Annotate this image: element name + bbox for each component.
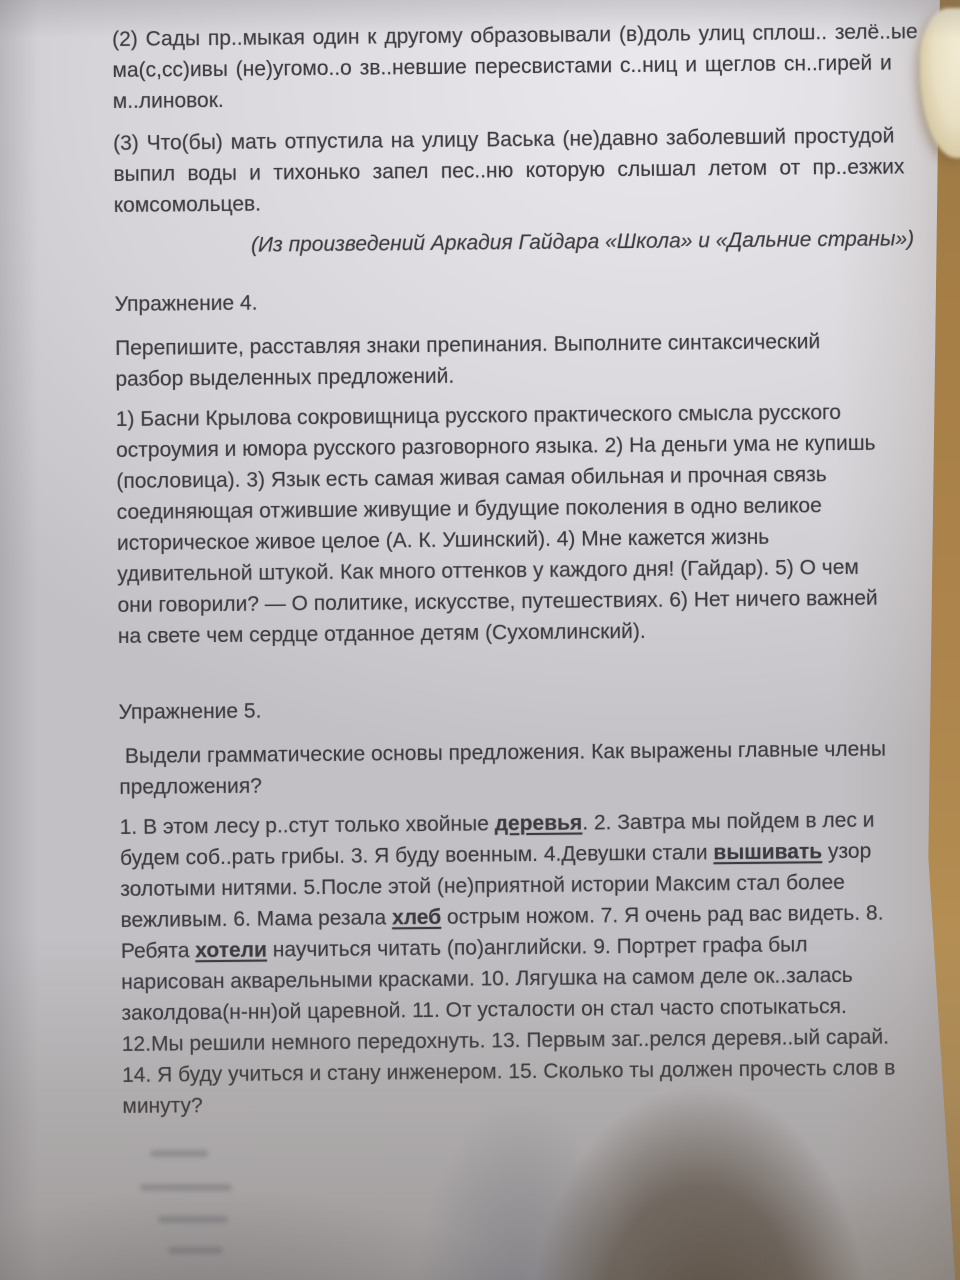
text-segment: нарисован акварельными красками. 10. Ляг…: [121, 964, 853, 994]
text-segment: м..линовок.: [113, 89, 224, 113]
source-attribution: (Из произведений Аркадия Гайдара «Школа»…: [114, 223, 914, 262]
text-line: Упражнение 4.: [115, 281, 915, 320]
text-line: разбор выделенных предложений.: [115, 356, 915, 395]
text-segment: минуту?: [122, 1094, 203, 1118]
exercise-4-heading: Упражнение 4.: [115, 281, 915, 320]
text-segment: комсомольцев.: [114, 193, 261, 217]
text-line: на свете чем сердце отданное детям (Сухо…: [118, 613, 918, 652]
text-segment: они говорили? — О политике, искусстве, п…: [117, 587, 877, 617]
text-segment: Перепишите, расставляя знаки препинания.…: [115, 330, 820, 360]
text-segment: острым ножом. 7. Я очень рад вас видеть.…: [441, 902, 884, 929]
text-line: (Из произведений Аркадия Гайдара «Школа»…: [114, 223, 914, 262]
paragraph-2: (2) Сады пр..мыкая один к другому образо…: [112, 16, 913, 117]
text-segment: заколдова(н-нн)ой царевной. 11. От устал…: [121, 995, 846, 1025]
text-segment: Ребята: [121, 939, 196, 963]
text-segment: 1) Басни Крылова сокровищница русского п…: [116, 401, 841, 431]
text-line: предложения?: [119, 764, 919, 803]
document-text: (2) Сады пр..мыкая один к другому образо…: [112, 16, 923, 1122]
underlined-word: хотели: [195, 939, 267, 963]
text-segment: Выдели грамматические основы предложения…: [119, 738, 886, 768]
exercise-5-sentences: 1. В этом лесу р..стут только хвойные де…: [120, 804, 923, 1122]
text-segment: предложения?: [119, 775, 262, 799]
text-line: Упражнение 5.: [118, 689, 918, 728]
exercise-5-heading: Упражнение 5.: [118, 689, 918, 728]
text-segment: . 2. Завтра мы пойдем в лес и: [582, 809, 874, 835]
text-segment: Упражнение 4.: [115, 292, 258, 316]
exercise-5-instruction: Выдели грамматические основы предложения…: [119, 733, 920, 803]
text-segment: выпил воды и тихонько запел пес..ню кото…: [113, 155, 904, 186]
underlined-word: вышивать: [713, 840, 822, 864]
bleed-mark: [140, 1184, 232, 1191]
text-segment: золотыми нитями. 5.После этой (не)приятн…: [120, 871, 845, 901]
text-segment: будем соб..рать грибы. 3. Я буду военным…: [120, 841, 714, 870]
text-segment: разбор выделенных предложений.: [115, 365, 454, 391]
worksheet-photo: (2) Сады пр..мыкая один к другому образо…: [0, 0, 960, 1280]
bleed-mark: [158, 1216, 228, 1223]
exercise-4-sentences: 1) Басни Крылова сокровищница русского п…: [116, 396, 918, 652]
underlined-word: деревья: [495, 812, 583, 836]
text-segment: вежливым. 6. Мама резала: [120, 906, 392, 932]
text-segment: 14. Я буду учиться и стану инженером. 15…: [122, 1057, 895, 1087]
paragraph-3: (3) Что(бы) мать отпустила на улицу Вась…: [113, 120, 914, 221]
text-segment: на свете чем сердце отданное детям (Сухо…: [118, 620, 646, 648]
text-segment: ма(с,сс)ивы (не)угомо..о зв..невшие пере…: [112, 52, 892, 82]
text-segment: Упражнение 5.: [118, 700, 261, 724]
text-segment: соединяющая отжившие живущие и будущие п…: [117, 494, 822, 524]
text-segment: узор: [822, 840, 871, 863]
text-segment: 1. В этом лесу р..стут только хвойные: [120, 812, 495, 839]
text-segment: (пословица). 3) Язык есть самая живая са…: [116, 463, 826, 493]
text-segment: (2) Сады пр..мыкая один к другому образо…: [112, 20, 918, 51]
text-segment: удивительной штукой. Как много оттенков …: [117, 556, 859, 586]
bleed-mark: [168, 1247, 223, 1254]
text-segment: (Из произведений Аркадия Гайдара «Школа»…: [251, 227, 914, 256]
text-segment: остроумия и юмора русского разговорного …: [116, 432, 876, 462]
text-segment: научиться читать (по)английски. 9. Портр…: [267, 933, 808, 961]
text-line: комсомольцев.: [114, 182, 914, 221]
exercise-4-instruction: Перепишите, расставляя знаки препинания.…: [115, 325, 916, 395]
bleed-mark: [150, 1150, 208, 1157]
text-segment: 12.Мы решили немного передохнуть. 13. Пе…: [122, 1026, 889, 1056]
text-segment: (3) Что(бы) мать отпустила на улицу Вась…: [113, 124, 894, 154]
text-segment: историческое живое целое (А. К. Ушинский…: [117, 526, 769, 555]
underlined-word: хлеб: [392, 906, 441, 929]
